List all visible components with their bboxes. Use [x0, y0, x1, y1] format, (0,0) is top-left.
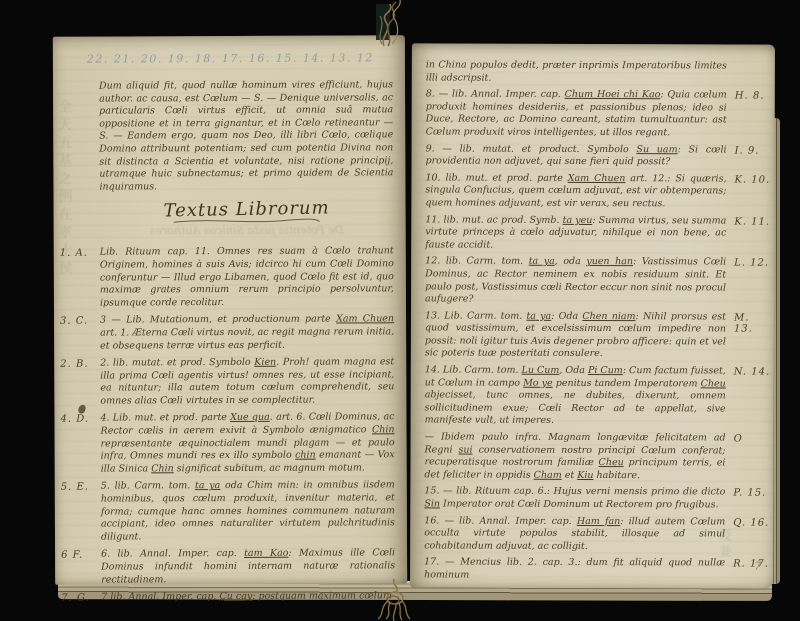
- entry: 12. lib. Carm. tom. ta ya, oda yuen han:…: [425, 256, 726, 307]
- left-page: 22. 21. 20. 19. 18. 17. 16. 15. 14. 13. …: [53, 35, 407, 585]
- entry-margin-label: 1. A.: [54, 247, 100, 310]
- entry-text: 9. — lib. mutat. et product. Symbolo Su …: [426, 143, 727, 169]
- entry: 1. A.Lib. Rituum cap. 11. Omnes res suam…: [100, 246, 394, 310]
- entry-text: 11. lib. mut. ac prod. Symb. ta yeu: Sum…: [425, 214, 726, 253]
- entry: 8. — lib. Annal. Imper. cap. Chum Hoei c…: [426, 89, 727, 140]
- entry: 7. G.7 lib. Annal. Imper. cap. Çu cay: p…: [101, 590, 395, 604]
- right-page: in China populos dedit, præter inprimis …: [410, 43, 775, 588]
- entry-text: 12. lib. Carm. tom. ta ya, oda yuen han:…: [425, 256, 726, 307]
- intro-paragraph: Dum aliquid fit, quod nullæ hominum vire…: [99, 79, 393, 194]
- entry-margin-label: I. 9.: [727, 144, 773, 169]
- photo-background: 22. 21. 20. 19. 18. 17. 16. 15. 14. 13. …: [0, 0, 800, 621]
- bleedthrough-cjk-small: 及並: [714, 528, 733, 560]
- entry-text: 16. — lib. Annal. Imper. cap. Ham fan: i…: [424, 515, 725, 554]
- entry: 17. — Mencius lib. 2. cap. 3.: dum fit a…: [424, 557, 725, 583]
- entry-margin-label: M. 13.: [726, 311, 772, 362]
- entry: 3. C.3 — Lib. Mutationum, et productionu…: [100, 314, 394, 353]
- left-entries-list: 1. A.Lib. Rituum cap. 11. Omnes res suam…: [100, 246, 396, 605]
- continuation-paragraph: in China populos dedit, præter inprimis …: [426, 59, 727, 85]
- entry-text: 5. lib. Carm. tom. ta ya oda Chim min: i…: [101, 480, 395, 544]
- entry-text: 10. lib. mut. et prod. parte Xam Chuen a…: [425, 172, 726, 211]
- entry-margin-label: 5. E.: [55, 481, 101, 544]
- entry-margin-label: 4. D.: [54, 413, 100, 476]
- section-heading: Textus Librorum: [99, 197, 393, 223]
- entry-margin-label: 7. G.: [55, 592, 101, 605]
- entry-text: 7 lib. Annal. Imper. cap. Çu cay: postqu…: [101, 590, 395, 604]
- entry: 2. B.2. lib. mutat. et prod. Symbolo Kie…: [100, 356, 394, 408]
- entry-text: 14. Lib. Carm. tom. Lu Cum, Oda Pi Cum: …: [425, 364, 726, 428]
- entry-margin-label: L. 12.: [726, 257, 772, 308]
- entry-margin-label: H. 8.: [727, 90, 773, 141]
- entry-text: 17. — Mencius lib. 2. cap. 3.: dum fit a…: [424, 557, 725, 583]
- entry-text: 6. lib. Annal. Imper. cap. tam Kao: Maxi…: [101, 548, 395, 587]
- entry-margin-label: K. 10.: [726, 173, 772, 211]
- entry-margin-label: 2. B.: [54, 358, 100, 409]
- binding-thread-bottom-icon: [366, 579, 426, 621]
- entry-margin-label: R. 17.: [725, 558, 771, 583]
- entry: 10. lib. mut. et prod. parte Xam Chuen a…: [425, 172, 726, 211]
- entry: 5. E.5. lib. Carm. tom. ta ya oda Chim m…: [101, 480, 395, 544]
- entry: 11. lib. mut. ac prod. Symb. ta yeu: Sum…: [425, 214, 726, 253]
- entry: 15. — lib. Rituum cap. 6.: Hujus verni m…: [424, 486, 725, 512]
- entry-text: 8. — lib. Annal. Imper. cap. Chum Hoei c…: [426, 89, 727, 140]
- entry-margin-label: 6 F.: [55, 549, 101, 587]
- entry-text: 13. Lib. Carm. tom. ta ya: Oda Chen niam…: [425, 310, 726, 361]
- entry: — Ibidem paulo infra. Magnam longævitæ f…: [424, 431, 725, 482]
- entry-text: 4. Lib. mut. et prod. parte Xue qua. art…: [100, 412, 394, 476]
- entry: 9. — lib. mutat. et product. Symbolo Su …: [426, 143, 727, 169]
- entry-margin-label: N. 14.: [726, 366, 772, 429]
- entry-margin-label: 3. C.: [54, 315, 100, 353]
- entry-text: 2. lib. mutat. et prod. Symbolo Kien. Pr…: [100, 356, 394, 408]
- entry-margin-label: P. 15.: [725, 487, 771, 512]
- entry-text: 3 — Lib. Mutationum, et productionum par…: [100, 314, 394, 353]
- entry: 13. Lib. Carm. tom. ta ya: Oda Chen niam…: [425, 310, 726, 361]
- entry-margin-label: O: [725, 432, 771, 483]
- entry-text: Lib. Rituum cap. 11. Omnes res suam à Cœ…: [100, 246, 394, 310]
- entry: 4. D.4. Lib. mut. et prod. parte Xue qua…: [100, 412, 394, 476]
- entry-text: — Ibidem paulo infra. Magnam longævitæ f…: [424, 431, 725, 482]
- entry-margin-label: K. 11.: [726, 215, 772, 253]
- entry-text: 15. — lib. Rituum cap. 6.: Hujus verni m…: [424, 486, 725, 512]
- entry: 6 F.6. lib. Annal. Imper. cap. tam Kao: …: [101, 548, 395, 587]
- right-entries-list: 8. — lib. Annal. Imper. cap. Chum Hoei c…: [424, 89, 727, 583]
- entry: 16. — lib. Annal. Imper. cap. Ham fan: i…: [424, 515, 725, 554]
- binding-thread-top-icon: [370, 0, 426, 52]
- bleedthrough-mirrored-line: De Potentia juxta Sinicos Authores: [100, 224, 394, 238]
- entry: 14. Lib. Carm. tom. Lu Cum, Oda Pi Cum: …: [425, 364, 726, 428]
- page-number: 7: [754, 560, 761, 573]
